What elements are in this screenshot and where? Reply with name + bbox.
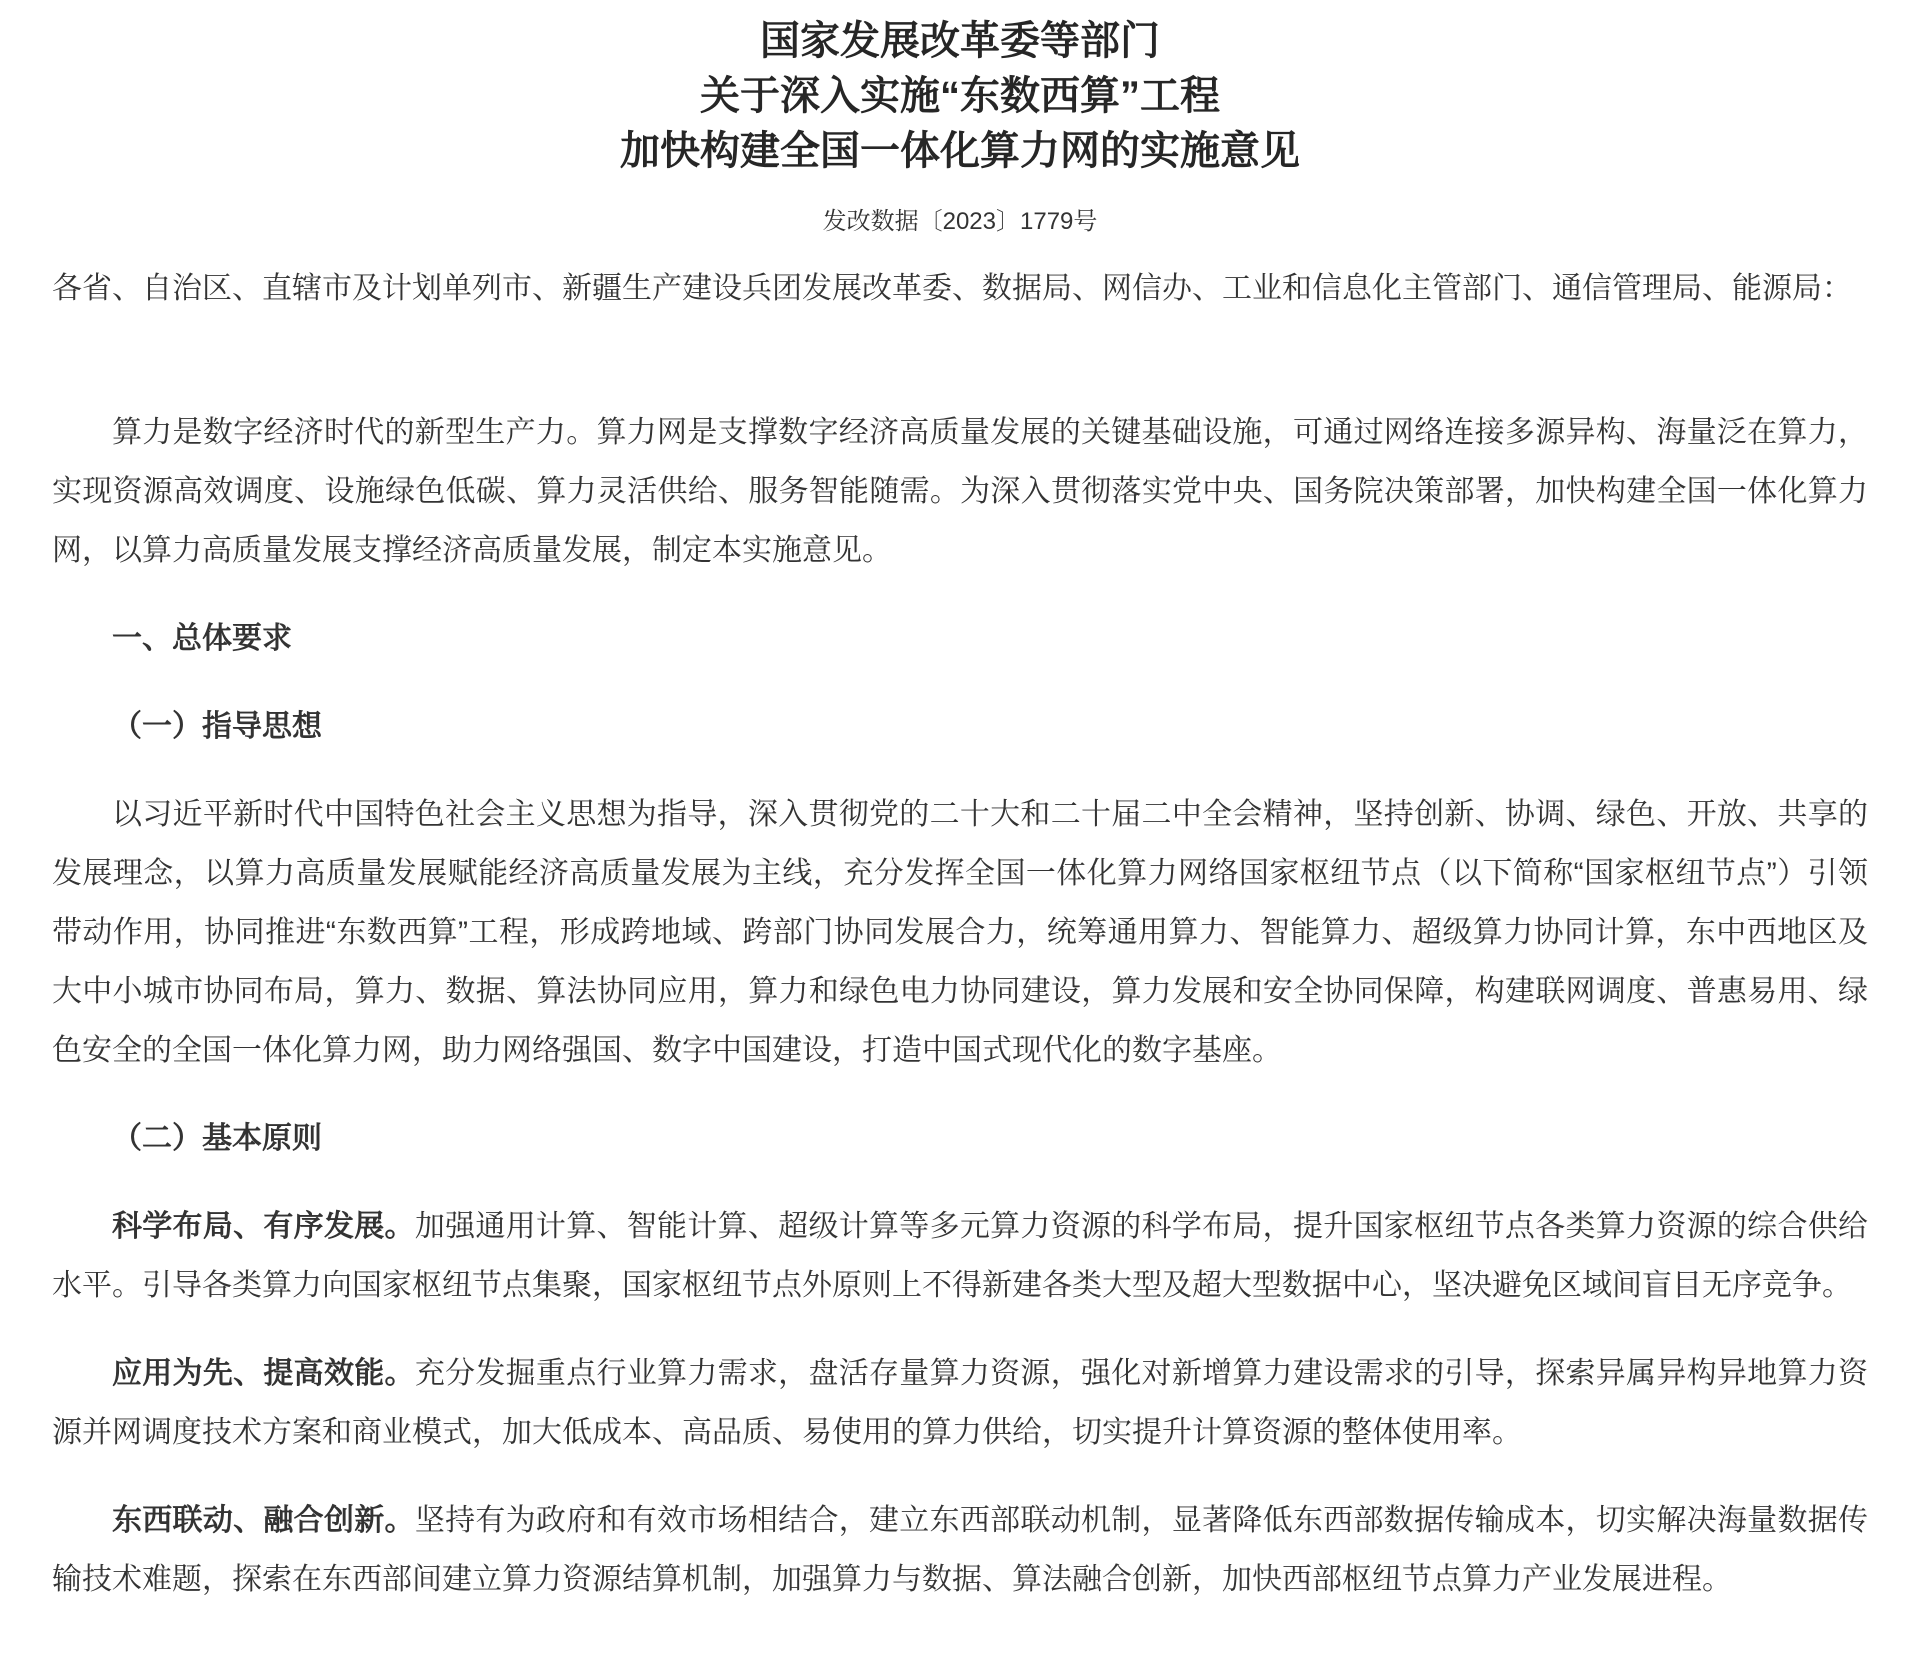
principle-paragraph-scientific-layout: 科学布局、有序发展。加强通用计算、智能计算、超级计算等多元算力资源的科学布局，提… [52,1197,1868,1315]
principle-paragraph-east-west-linkage: 东西联动、融合创新。坚持有为政府和有效市场相结合，建立东西部联动机制，显著降低东… [52,1491,1868,1609]
principle-lead: 东西联动、融合创新。 [112,1504,415,1537]
salutation-paragraph: 各省、自治区、直辖市及计划单列市、新疆生产建设兵团发展改革委、数据局、网信办、工… [52,259,1868,318]
title-line-2: 关于深入实施“东数西算”工程 [52,69,1868,124]
title-line-3: 加快构建全国一体化算力网的实施意见 [52,124,1868,179]
guiding-ideology-paragraph: 以习近平新时代中国特色社会主义思想为指导，深入贯彻党的二十大和二十届二中全会精神… [52,785,1868,1080]
title-line-1: 国家发展改革委等部门 [52,14,1868,69]
document-title: 国家发展改革委等部门 关于深入实施“东数西算”工程 加快构建全国一体化算力网的实… [52,14,1868,179]
principle-paragraph-application-first: 应用为先、提高效能。充分发掘重点行业算力需求，盘活存量算力资源，强化对新增算力建… [52,1344,1868,1462]
document-page: 国家发展改革委等部门 关于深入实施“东数西算”工程 加快构建全国一体化算力网的实… [0,14,1920,1609]
principle-lead: 应用为先、提高效能。 [112,1357,415,1390]
document-body: 各省、自治区、直辖市及计划单列市、新疆生产建设兵团发展改革委、数据局、网信办、工… [52,259,1868,1609]
principle-lead: 科学布局、有序发展。 [112,1210,415,1243]
document-number: 发改数据〔2023〕1779号 [52,206,1868,238]
subsection-heading-basic-principles: （二）基本原则 [52,1109,1868,1168]
section-heading-overall-requirements: 一、总体要求 [52,609,1868,668]
subsection-heading-guiding-ideology: （一）指导思想 [52,697,1868,756]
intro-paragraph: 算力是数字经济时代的新型生产力。算力网是支撑数字经济高质量发展的关键基础设施，可… [52,403,1868,580]
